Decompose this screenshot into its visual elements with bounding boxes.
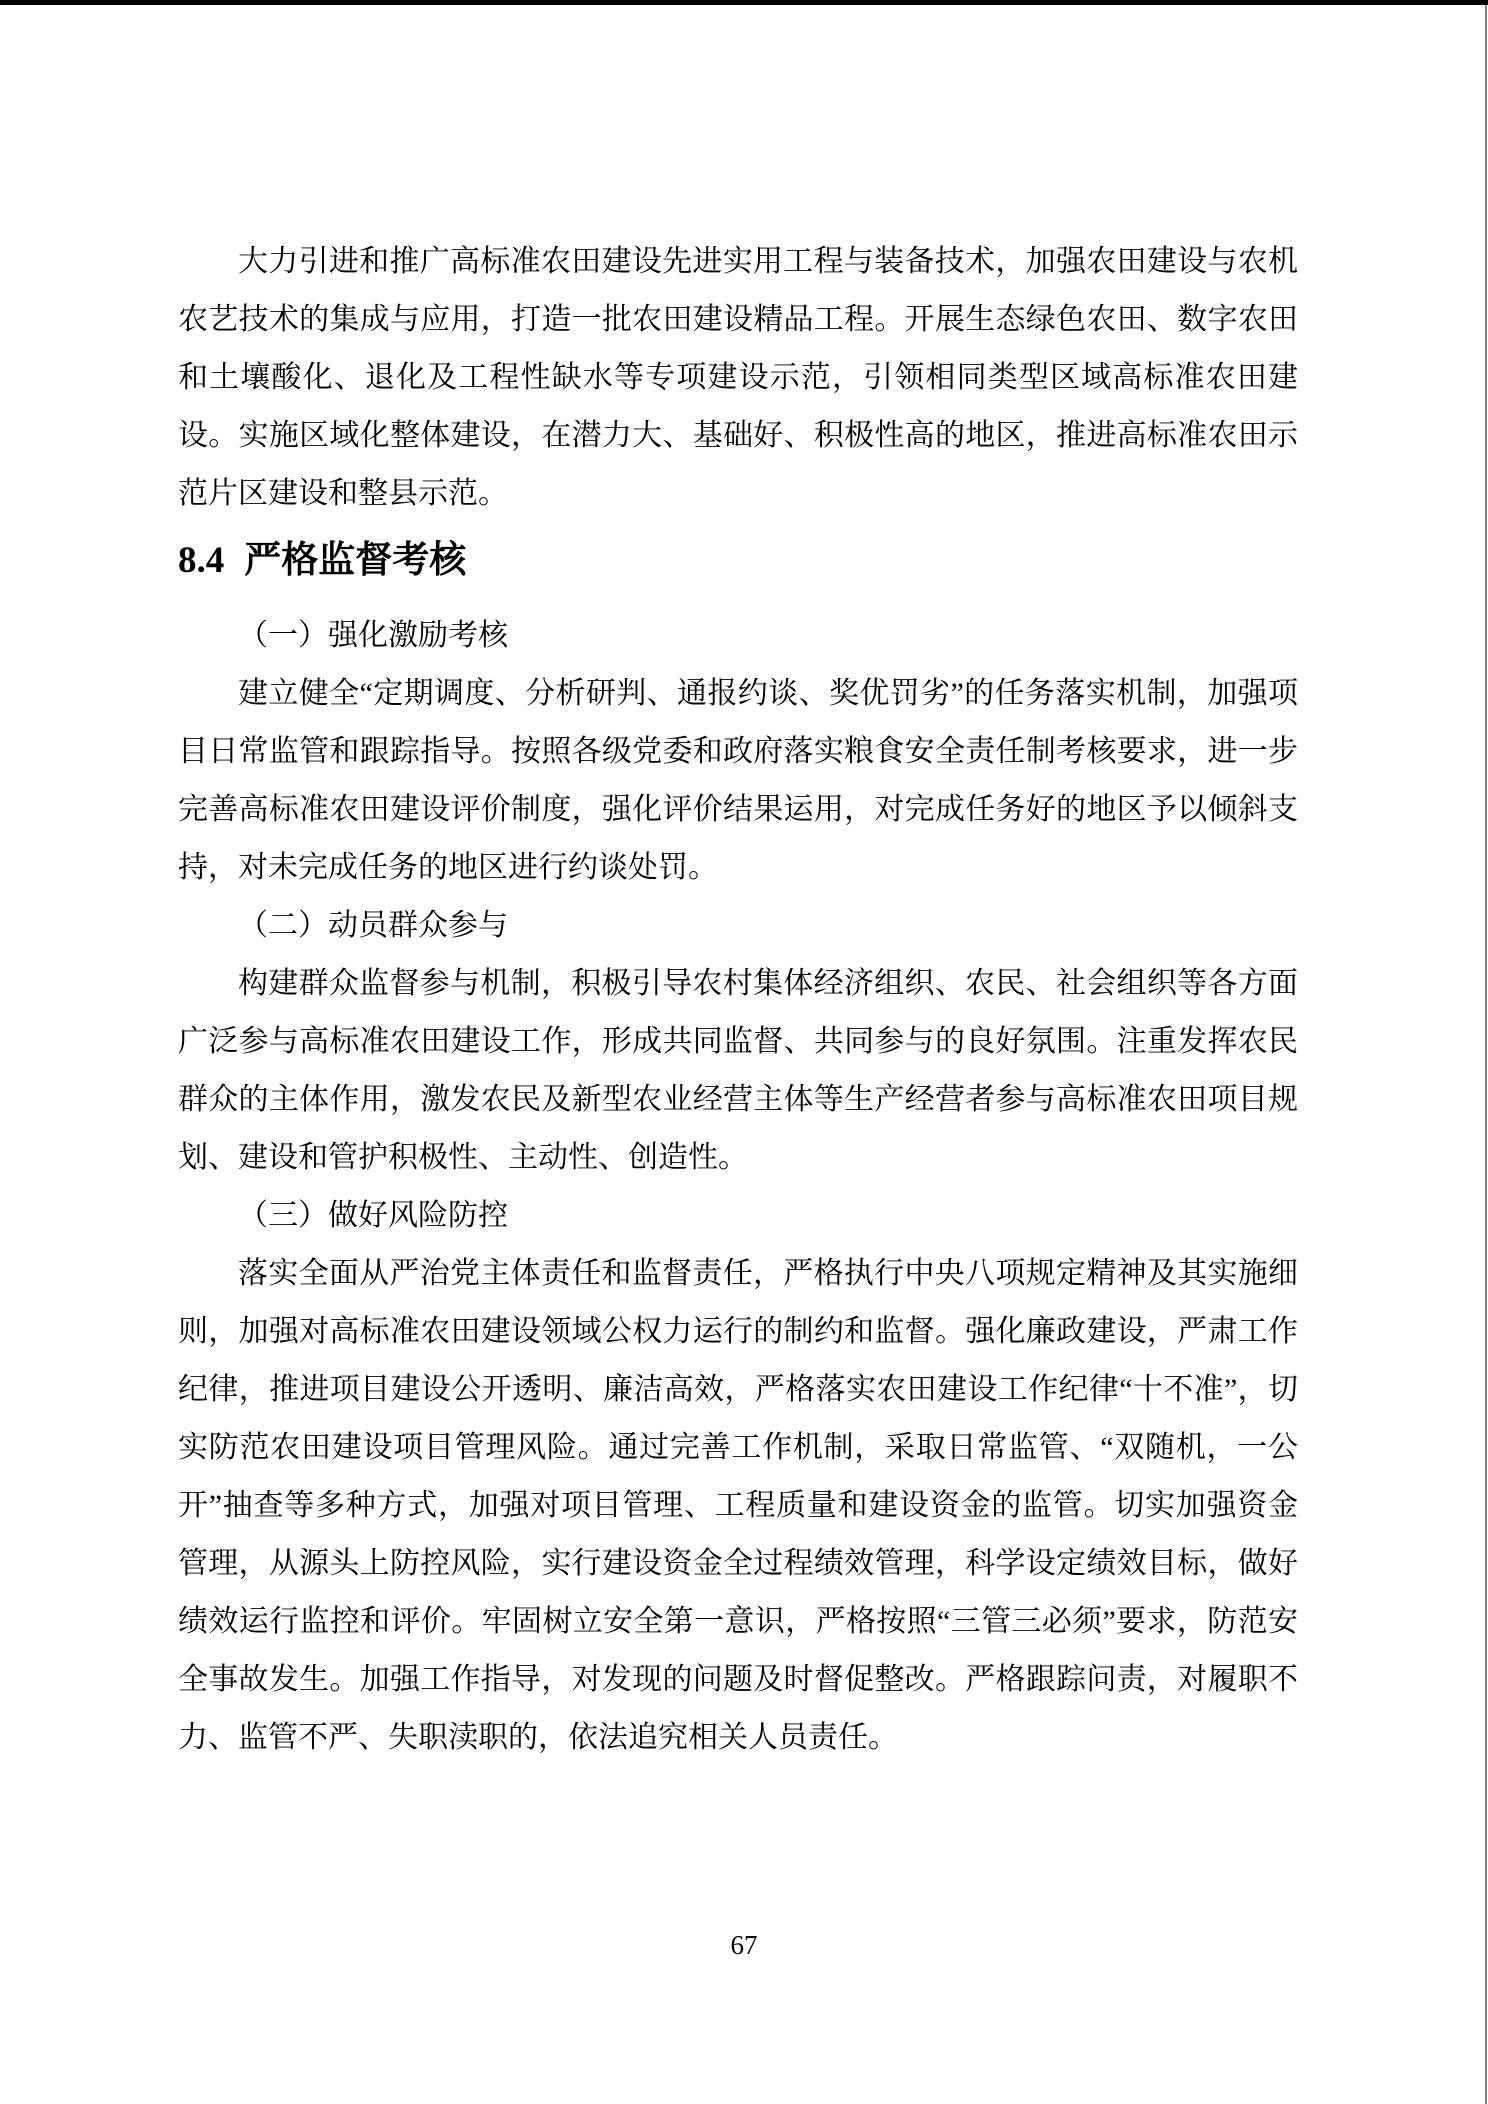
intro-paragraph: 大力引进和推广高标准农田建设先进实用工程与装备技术，加强农田建设与农机农艺技术的… [178,233,1298,523]
subsection-3-paragraph: 落实全面从严治党主体责任和监督责任，严格执行中央八项规定精神及其实施细则，加强对… [178,1245,1298,1767]
subsection-2-paragraph: 构建群众监督参与机制，积极引导农村集体经济组织、农民、社会组织等各方面广泛参与高… [178,955,1298,1187]
page-number: 67 [0,1928,1488,1962]
subsection-1-label: （一）强化激励考核 [178,607,1298,665]
document-page: 大力引进和推广高标准农田建设先进实用工程与装备技术，加强农田建设与农机农艺技术的… [0,0,1488,2104]
section-number: 8.4 [178,539,224,583]
subsection-1-paragraph: 建立健全“定期调度、分析研判、通报约谈、奖优罚劣”的任务落实机制，加强项目日常监… [178,665,1298,897]
page-right-edge-line [1485,5,1487,2104]
section-heading: 8.4严格监督考核 [178,539,1298,583]
subsection-3-label: （三）做好风险防控 [178,1187,1298,1245]
document-body: 大力引进和推广高标准农田建设先进实用工程与装备技术，加强农田建设与农机农艺技术的… [178,233,1298,1767]
section-title: 严格监督考核 [244,540,466,581]
page-top-edge-line [0,0,1488,5]
subsection-2-label: （二）动员群众参与 [178,897,1298,955]
